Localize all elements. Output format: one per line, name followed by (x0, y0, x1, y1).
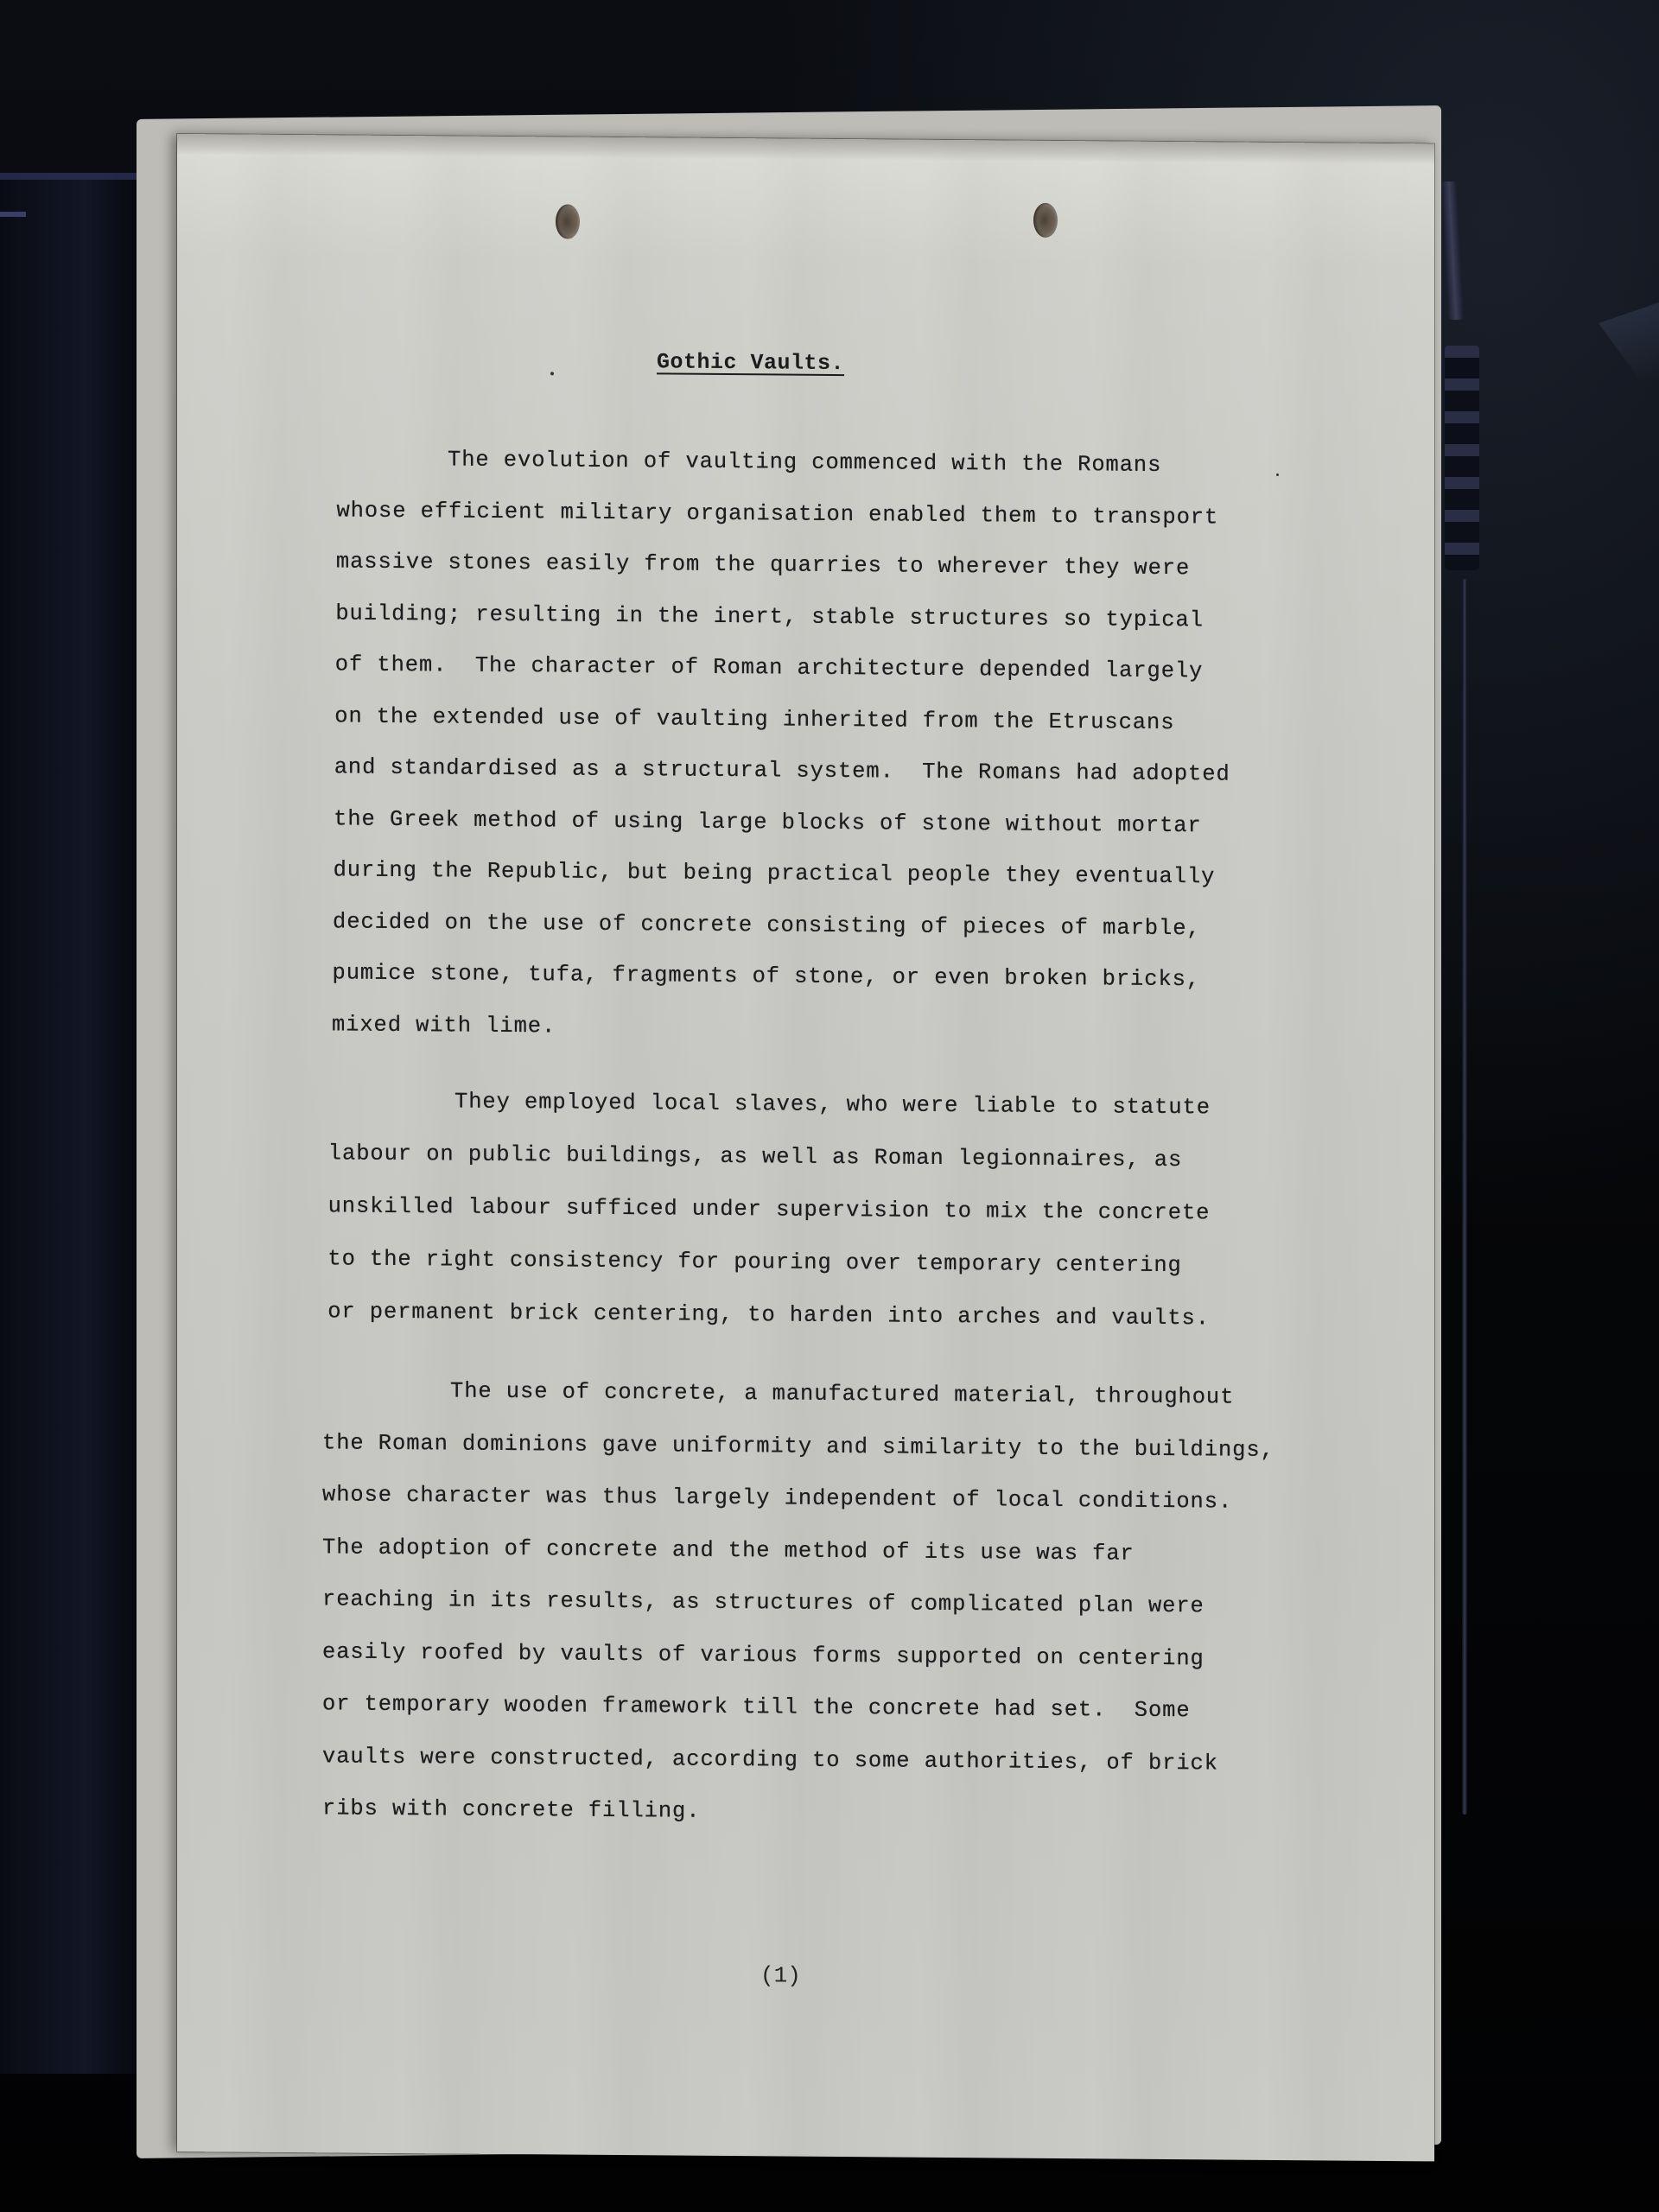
text-line: to the right consistency for pouring ove… (327, 1246, 1181, 1278)
page-number: (1) (760, 1962, 801, 1988)
text-line: or temporary wooden framework till the c… (322, 1691, 1191, 1723)
stray-ink-dot (550, 372, 554, 375)
binder-clip-rings (1445, 346, 1479, 570)
text-line: mixed with lime. (332, 1012, 556, 1039)
punch-hole-right (1033, 203, 1058, 238)
text-line: labour on public buildings, as well as R… (328, 1141, 1182, 1173)
text-line: unskilled labour sufficed under supervis… (328, 1193, 1211, 1225)
binder-left-edge (0, 173, 143, 2074)
text-line: vaults were constructed, according to so… (322, 1744, 1218, 1776)
document-title: Gothic Vaults. (657, 349, 844, 376)
text-line: the Greek method of using large blocks o… (334, 806, 1202, 838)
text-line: pumice stone, tufa, fragments of stone, … (333, 960, 1201, 992)
text-line: easily roofed by vaults of various forms… (322, 1639, 1205, 1671)
text-line: the Roman dominions gave uniformity and … (322, 1430, 1274, 1463)
punch-hole-left (556, 204, 580, 238)
text-line: ribs with concrete filling. (322, 1796, 700, 1823)
text-line: decided on the use of concrete consistin… (333, 909, 1201, 941)
text-line: or permanent brick centering, to harden … (327, 1299, 1210, 1331)
text-line: on the extended use of vaulting inherite… (334, 703, 1174, 735)
text-line: reaching in its results, as structures o… (322, 1586, 1205, 1618)
stray-ink-dot (1276, 474, 1279, 476)
text-line: of them. The character of Roman architec… (335, 652, 1204, 683)
text-line: The adoption of concrete and the method … (322, 1535, 1135, 1566)
text-line: They employed local slaves, who were lia… (454, 1090, 1211, 1121)
text-line: The use of concrete, a manufactured mate… (450, 1378, 1234, 1409)
text-line: whose efficient military organisation en… (336, 498, 1218, 530)
binder-clip-bar (1441, 181, 1464, 320)
binder-clip-rail (1462, 579, 1467, 1815)
text-line: and standardised as a structural system.… (334, 754, 1230, 786)
binder-clip (1445, 181, 1479, 1823)
text-line: whose character was thus largely indepen… (322, 1482, 1232, 1514)
text-line: massive stones easily from the quarries … (336, 549, 1190, 581)
text-line: during the Republic, but being practical… (334, 857, 1216, 889)
text-line: building; resulting in the inert, stable… (335, 601, 1204, 632)
text-line: The evolution of vaulting commenced with… (448, 447, 1161, 477)
typed-page: Gothic Vaults. The evolution of vaulting… (177, 134, 1434, 2161)
